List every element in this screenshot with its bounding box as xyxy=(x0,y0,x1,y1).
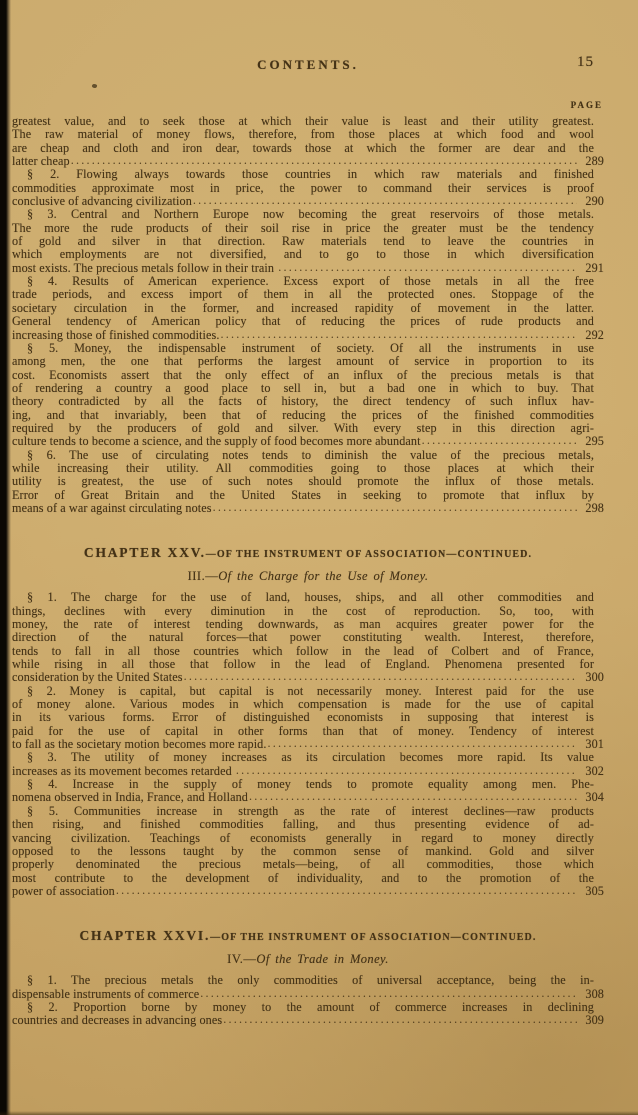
chapter-subtitle: —OF THE INSTRUMENT OF ASSOCIATION—CONTIN… xyxy=(210,932,536,943)
toc-entry: § 2. Flowing always towards those countr… xyxy=(12,168,604,208)
toc-entry: § 4. Results of American experience. Exc… xyxy=(12,275,604,342)
toc-entry-text: § 3. Central and Northern Europe now bec… xyxy=(12,208,604,261)
dot-leader xyxy=(116,884,577,897)
toc-page-number: 290 xyxy=(580,195,604,208)
part-heading-iii: III.—Of the Charge for the Use of Money. xyxy=(12,569,604,584)
chapter-heading-xxvi: CHAPTER XXVI.—OF THE INSTRUMENT OF ASSOC… xyxy=(12,927,604,945)
dot-leader xyxy=(213,501,577,514)
toc-entry-last-line: nomena observed in India, France, and Ho… xyxy=(12,791,604,804)
toc-entry: greatest value, and to seek those at whi… xyxy=(12,115,604,168)
toc-entry-text-last: increases as its movement becomes retard… xyxy=(12,765,235,778)
dot-leader xyxy=(223,1013,577,1026)
toc-entry-text: § 6. The use of circulating notes tends … xyxy=(12,449,604,502)
toc-page-number: 302 xyxy=(580,765,604,778)
toc-entry-text-last: consideration by the United States xyxy=(12,671,183,684)
part-numeral: III.— xyxy=(188,569,219,583)
dot-leader xyxy=(249,790,577,803)
toc-entry: § 5. Communities increase in strength as… xyxy=(12,805,604,898)
toc-entry: § 2. Proportion borne by money to the am… xyxy=(12,1001,604,1028)
dot-leader xyxy=(71,154,577,167)
toc-entry-text-last: conclusive of advancing civilization xyxy=(12,195,192,208)
toc-entry-text: § 1. The charge for the use of land, hou… xyxy=(12,591,604,671)
toc-entry-last-line: latter cheap 289 xyxy=(12,155,604,168)
chapter-title: CHAPTER XXVI. xyxy=(80,928,211,943)
toc-entry-text: § 5. Communities increase in strength as… xyxy=(12,805,604,885)
page-title: CONTENTS. xyxy=(257,57,359,72)
toc-entry-text: § 4. Results of American experience. Exc… xyxy=(12,275,604,328)
part-heading-iv: IV.—Of the Trade in Money. xyxy=(12,952,604,967)
toc-entry-text-last: latter cheap xyxy=(12,155,70,168)
toc-entry-last-line: increasing those of finished commodities… xyxy=(12,329,604,342)
toc-entry-text-last: increasing those of finished commodities… xyxy=(12,329,220,342)
toc-entry: § 1. The charge for the use of land, hou… xyxy=(12,591,604,684)
toc-entry-last-line: dispensable instruments of commerce 308 xyxy=(12,988,604,1001)
dot-leader xyxy=(184,670,577,683)
table-of-contents: greatest value, and to seek those at whi… xyxy=(12,115,604,1028)
toc-entry: § 4. Increase in the supply of money ten… xyxy=(12,778,604,805)
toc-page-number: 304 xyxy=(580,791,604,804)
page-column-label: PAGE xyxy=(12,100,604,110)
part-numeral: IV.— xyxy=(227,952,256,966)
page-content: CONTENTS. 15 PAGE greatest value, and to… xyxy=(12,0,604,1028)
toc-page-number: 298 xyxy=(580,502,604,515)
chapter-subtitle: —OF THE INSTRUMENT OF ASSOCIATION—CONTIN… xyxy=(206,549,532,560)
dot-leader xyxy=(278,261,577,274)
toc-entry: § 3. Central and Northern Europe now bec… xyxy=(12,208,604,275)
toc-entry-last-line: consideration by the United States 300 xyxy=(12,671,604,684)
folio-number: 15 xyxy=(577,54,594,71)
dot-leader xyxy=(268,737,577,750)
toc-entry-last-line: culture tends to become a science, and t… xyxy=(12,435,604,448)
toc-entry-text-last: dispensable instruments of commerce xyxy=(12,988,199,1001)
toc-entry-text-last: most exists. The precious metals follow … xyxy=(12,262,277,275)
toc-entry-last-line: most exists. The precious metals follow … xyxy=(12,262,604,275)
toc-entry-last-line: conclusive of advancing civilization 290 xyxy=(12,195,604,208)
toc-entry-text-last: nomena observed in India, France, and Ho… xyxy=(12,791,248,804)
toc-entry: § 3. The utility of money increases as i… xyxy=(12,751,604,778)
scanned-book-page: CONTENTS. 15 PAGE greatest value, and to… xyxy=(0,0,638,1115)
dot-leader xyxy=(221,328,577,341)
toc-entry-last-line: to fall as the societary motion becomes … xyxy=(12,738,604,751)
toc-entry-text-last: to fall as the societary motion becomes … xyxy=(12,738,267,751)
toc-entry-text-last: means of a war against circulating notes xyxy=(12,502,212,515)
toc-entry-last-line: means of a war against circulating notes… xyxy=(12,502,604,515)
scan-edge-artifact xyxy=(0,0,11,1115)
part-title: Of the Charge for the Use of Money. xyxy=(218,569,428,583)
toc-page-number: 289 xyxy=(580,155,604,168)
toc-entry-text: § 2. Money is capital, but capital is no… xyxy=(12,685,604,738)
toc-page-number: 308 xyxy=(580,988,604,1001)
toc-entry-text-last: power of association xyxy=(12,885,115,898)
toc-page-number: 301 xyxy=(580,738,604,751)
toc-entry: § 5. Money, the indispensable instrument… xyxy=(12,342,604,449)
chapter-heading-xxv: CHAPTER XXV.—OF THE INSTRUMENT OF ASSOCI… xyxy=(12,544,604,562)
toc-entry-text: § 4. Increase in the supply of money ten… xyxy=(12,778,604,791)
toc-page-number: 291 xyxy=(580,262,604,275)
toc-page-number: 295 xyxy=(580,435,604,448)
toc-entry-last-line: power of association 305 xyxy=(12,885,604,898)
dot-leader xyxy=(200,987,577,1000)
toc-entry-text-last: countries and decreases in advancing one… xyxy=(12,1014,222,1027)
toc-entry-text: § 5. Money, the indispensable instrument… xyxy=(12,342,604,435)
toc-entry-text: § 1. The precious metals the only commod… xyxy=(12,974,604,987)
running-head: CONTENTS. 15 xyxy=(12,56,604,74)
dot-leader xyxy=(193,194,577,207)
chapter-title: CHAPTER XXV. xyxy=(84,545,206,560)
toc-page-number: 300 xyxy=(580,671,604,684)
dot-leader xyxy=(422,434,577,447)
part-title: Of the Trade in Money. xyxy=(256,952,388,966)
toc-page-number: 309 xyxy=(580,1014,604,1027)
toc-entry-text: greatest value, and to seek those at whi… xyxy=(12,115,604,155)
toc-entry: § 2. Money is capital, but capital is no… xyxy=(12,685,604,752)
scan-bottom-shadow xyxy=(0,1111,638,1115)
toc-entry: § 6. The use of circulating notes tends … xyxy=(12,449,604,516)
toc-entry-text: § 3. The utility of money increases as i… xyxy=(12,751,604,764)
toc-entry-last-line: countries and decreases in advancing one… xyxy=(12,1014,604,1027)
toc-entry: § 1. The precious metals the only commod… xyxy=(12,974,604,1001)
toc-entry-text-last: culture tends to become a science, and t… xyxy=(12,435,421,448)
toc-page-number: 292 xyxy=(580,329,604,342)
toc-entry-text: § 2. Flowing always towards those countr… xyxy=(12,168,604,195)
toc-page-number: 305 xyxy=(580,885,604,898)
toc-entry-last-line: increases as its movement becomes retard… xyxy=(12,765,604,778)
toc-entry-text: § 2. Proportion borne by money to the am… xyxy=(12,1001,604,1014)
dot-leader xyxy=(236,764,577,777)
